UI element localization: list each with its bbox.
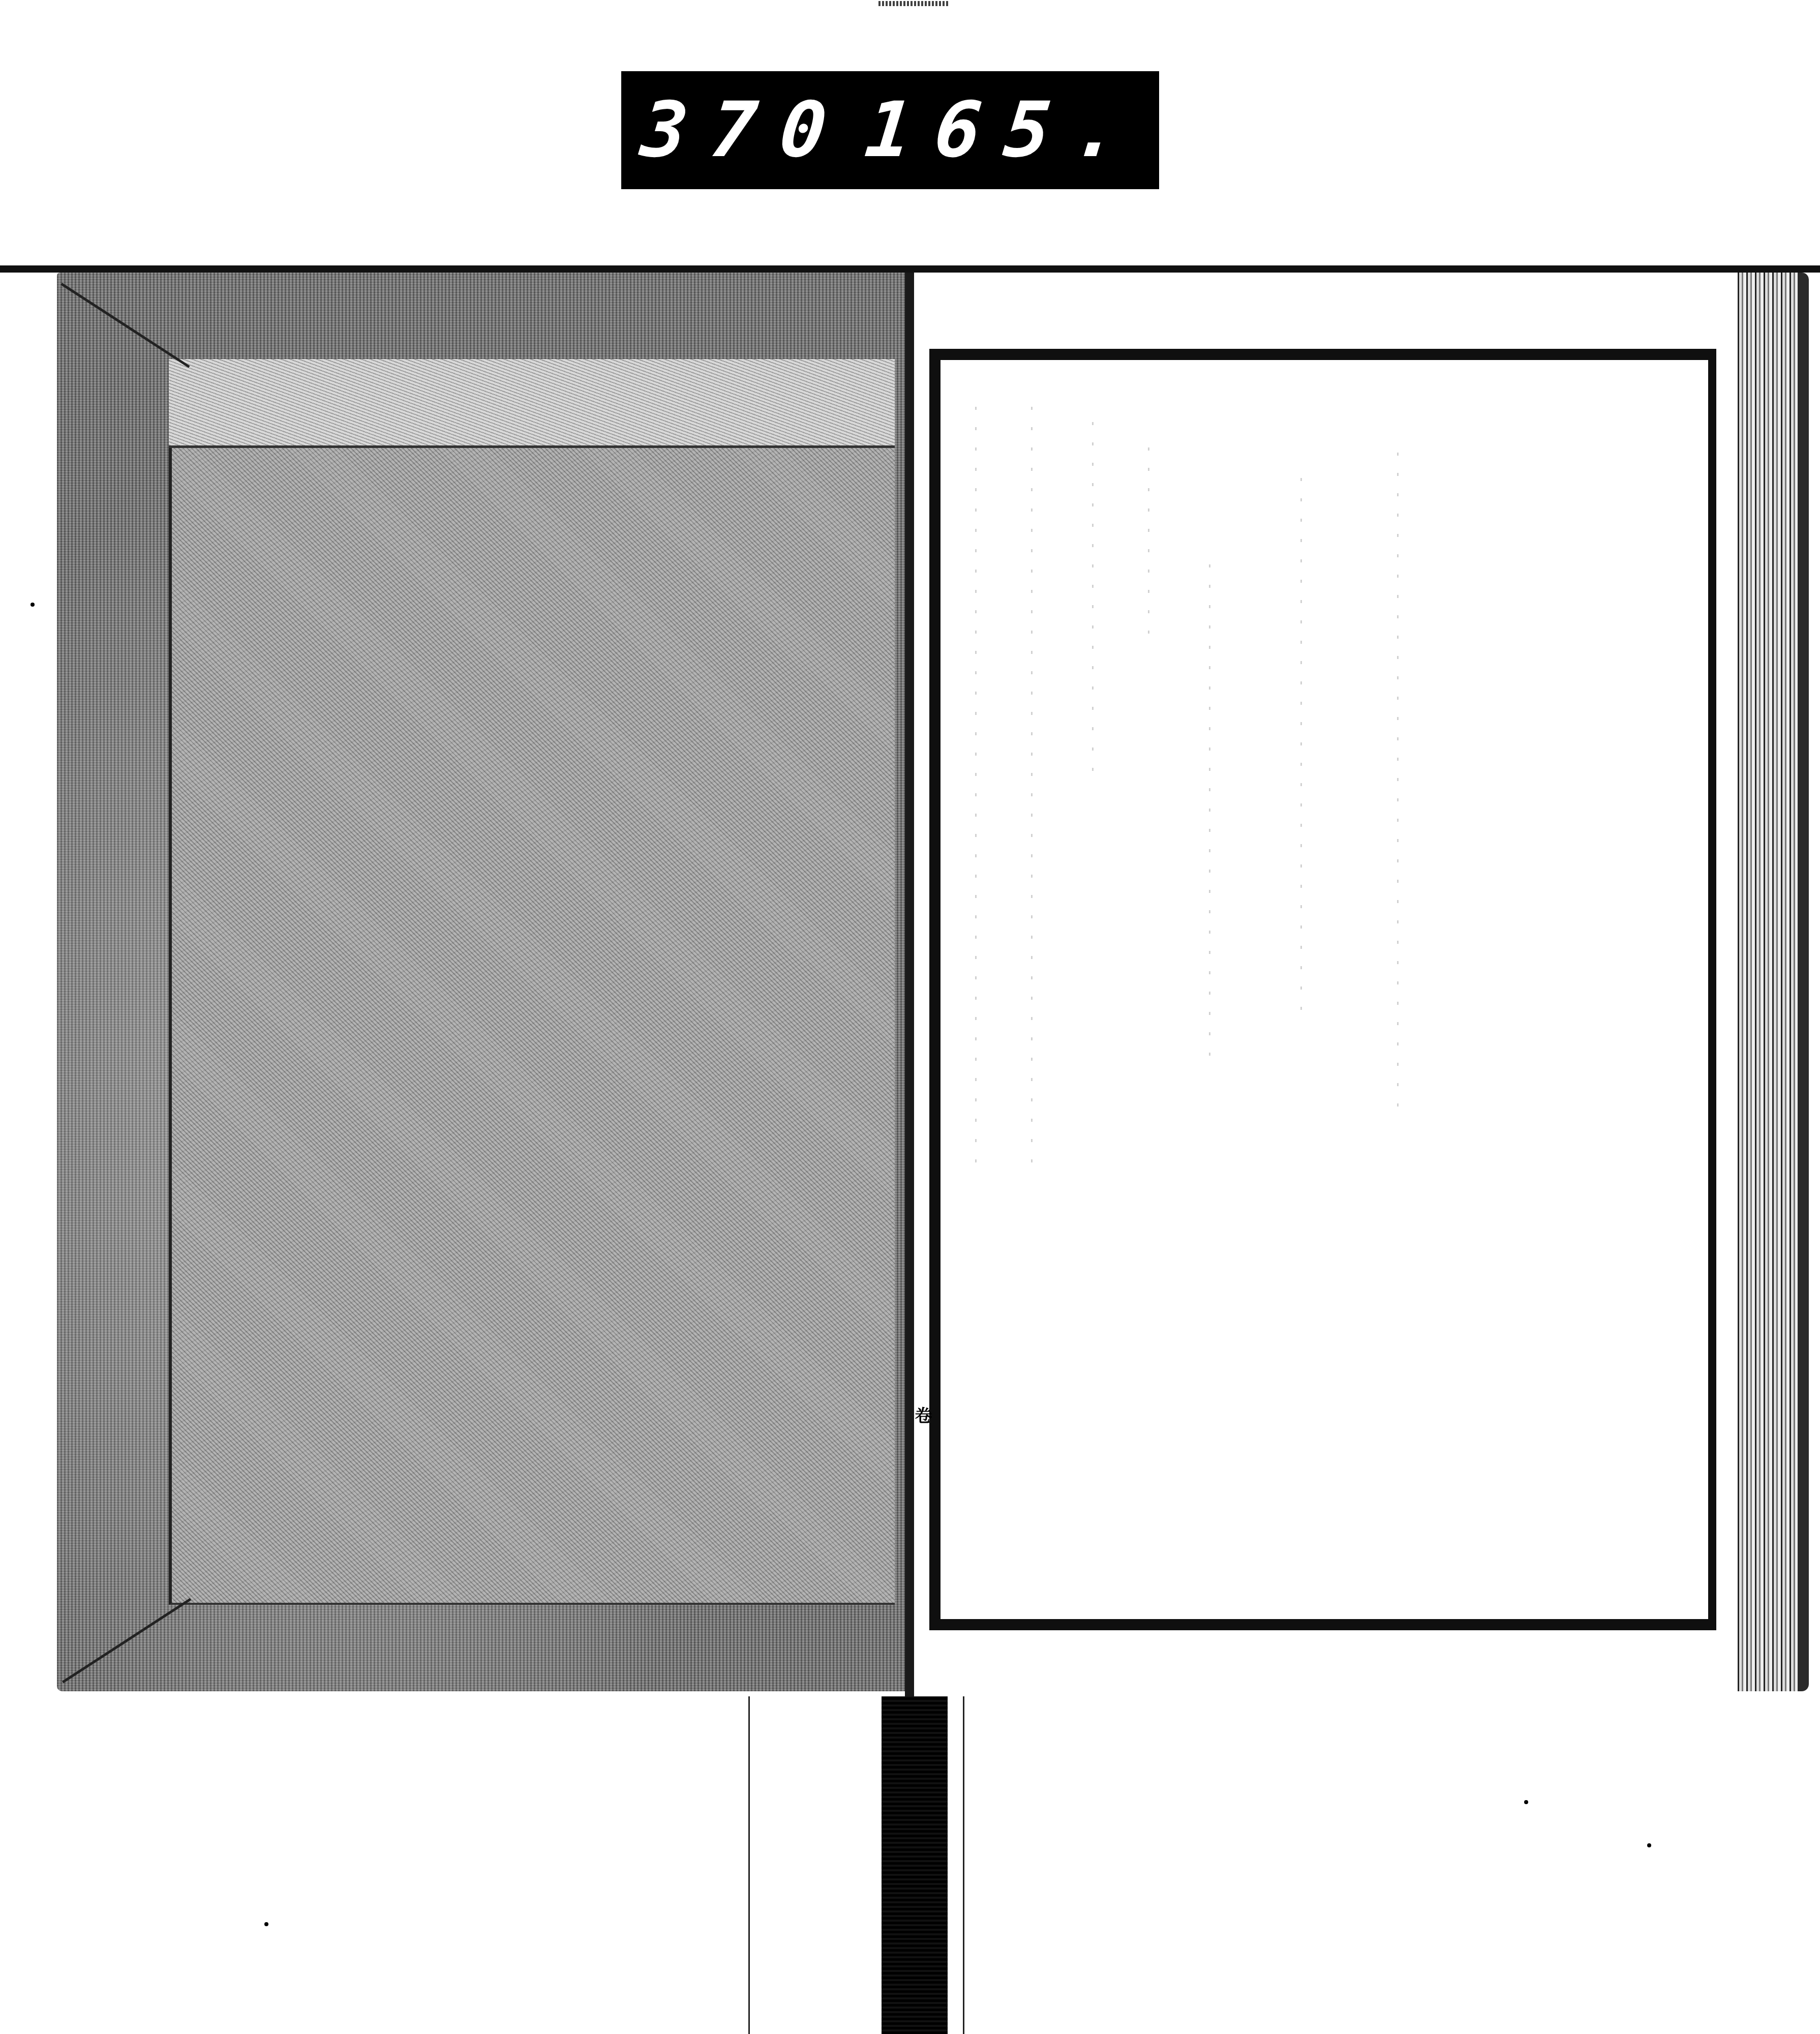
gutter-note: 卷 (914, 1407, 934, 1424)
frame-counter: 370 165. (621, 71, 1159, 189)
inside-cover (57, 273, 905, 1691)
cover-label-strip (169, 359, 895, 448)
frame-number: 165. (862, 92, 1147, 168)
faded-text-column (1148, 440, 1149, 634)
corner-fold-bottom (62, 1598, 191, 1684)
reel-number: 370 (638, 92, 854, 168)
scan-speck (264, 1922, 268, 1926)
lower-rule-right (963, 1696, 964, 2034)
faded-text-column (1300, 476, 1302, 1010)
gutter (905, 273, 914, 1696)
corner-fold-top (60, 283, 190, 368)
lower-rule-left (748, 1696, 750, 2034)
faded-text-column (1031, 400, 1033, 1162)
faded-text-column (1209, 547, 1210, 1056)
scan-artifact (878, 1, 950, 6)
faded-text-column (975, 400, 977, 1162)
top-rule (0, 265, 1820, 273)
cover-turn-in (169, 359, 895, 1605)
faded-text-column (1092, 415, 1094, 771)
gutter-lower-strip (882, 1696, 948, 2034)
first-leaf: 卷 (914, 273, 1738, 1696)
scan-speck (1524, 1800, 1528, 1804)
scan-speck (31, 603, 35, 607)
page-border-frame (929, 349, 1716, 1630)
faded-text-column (1397, 445, 1399, 1106)
page-fore-edge (1738, 273, 1809, 1691)
scan-speck (1647, 1843, 1651, 1847)
